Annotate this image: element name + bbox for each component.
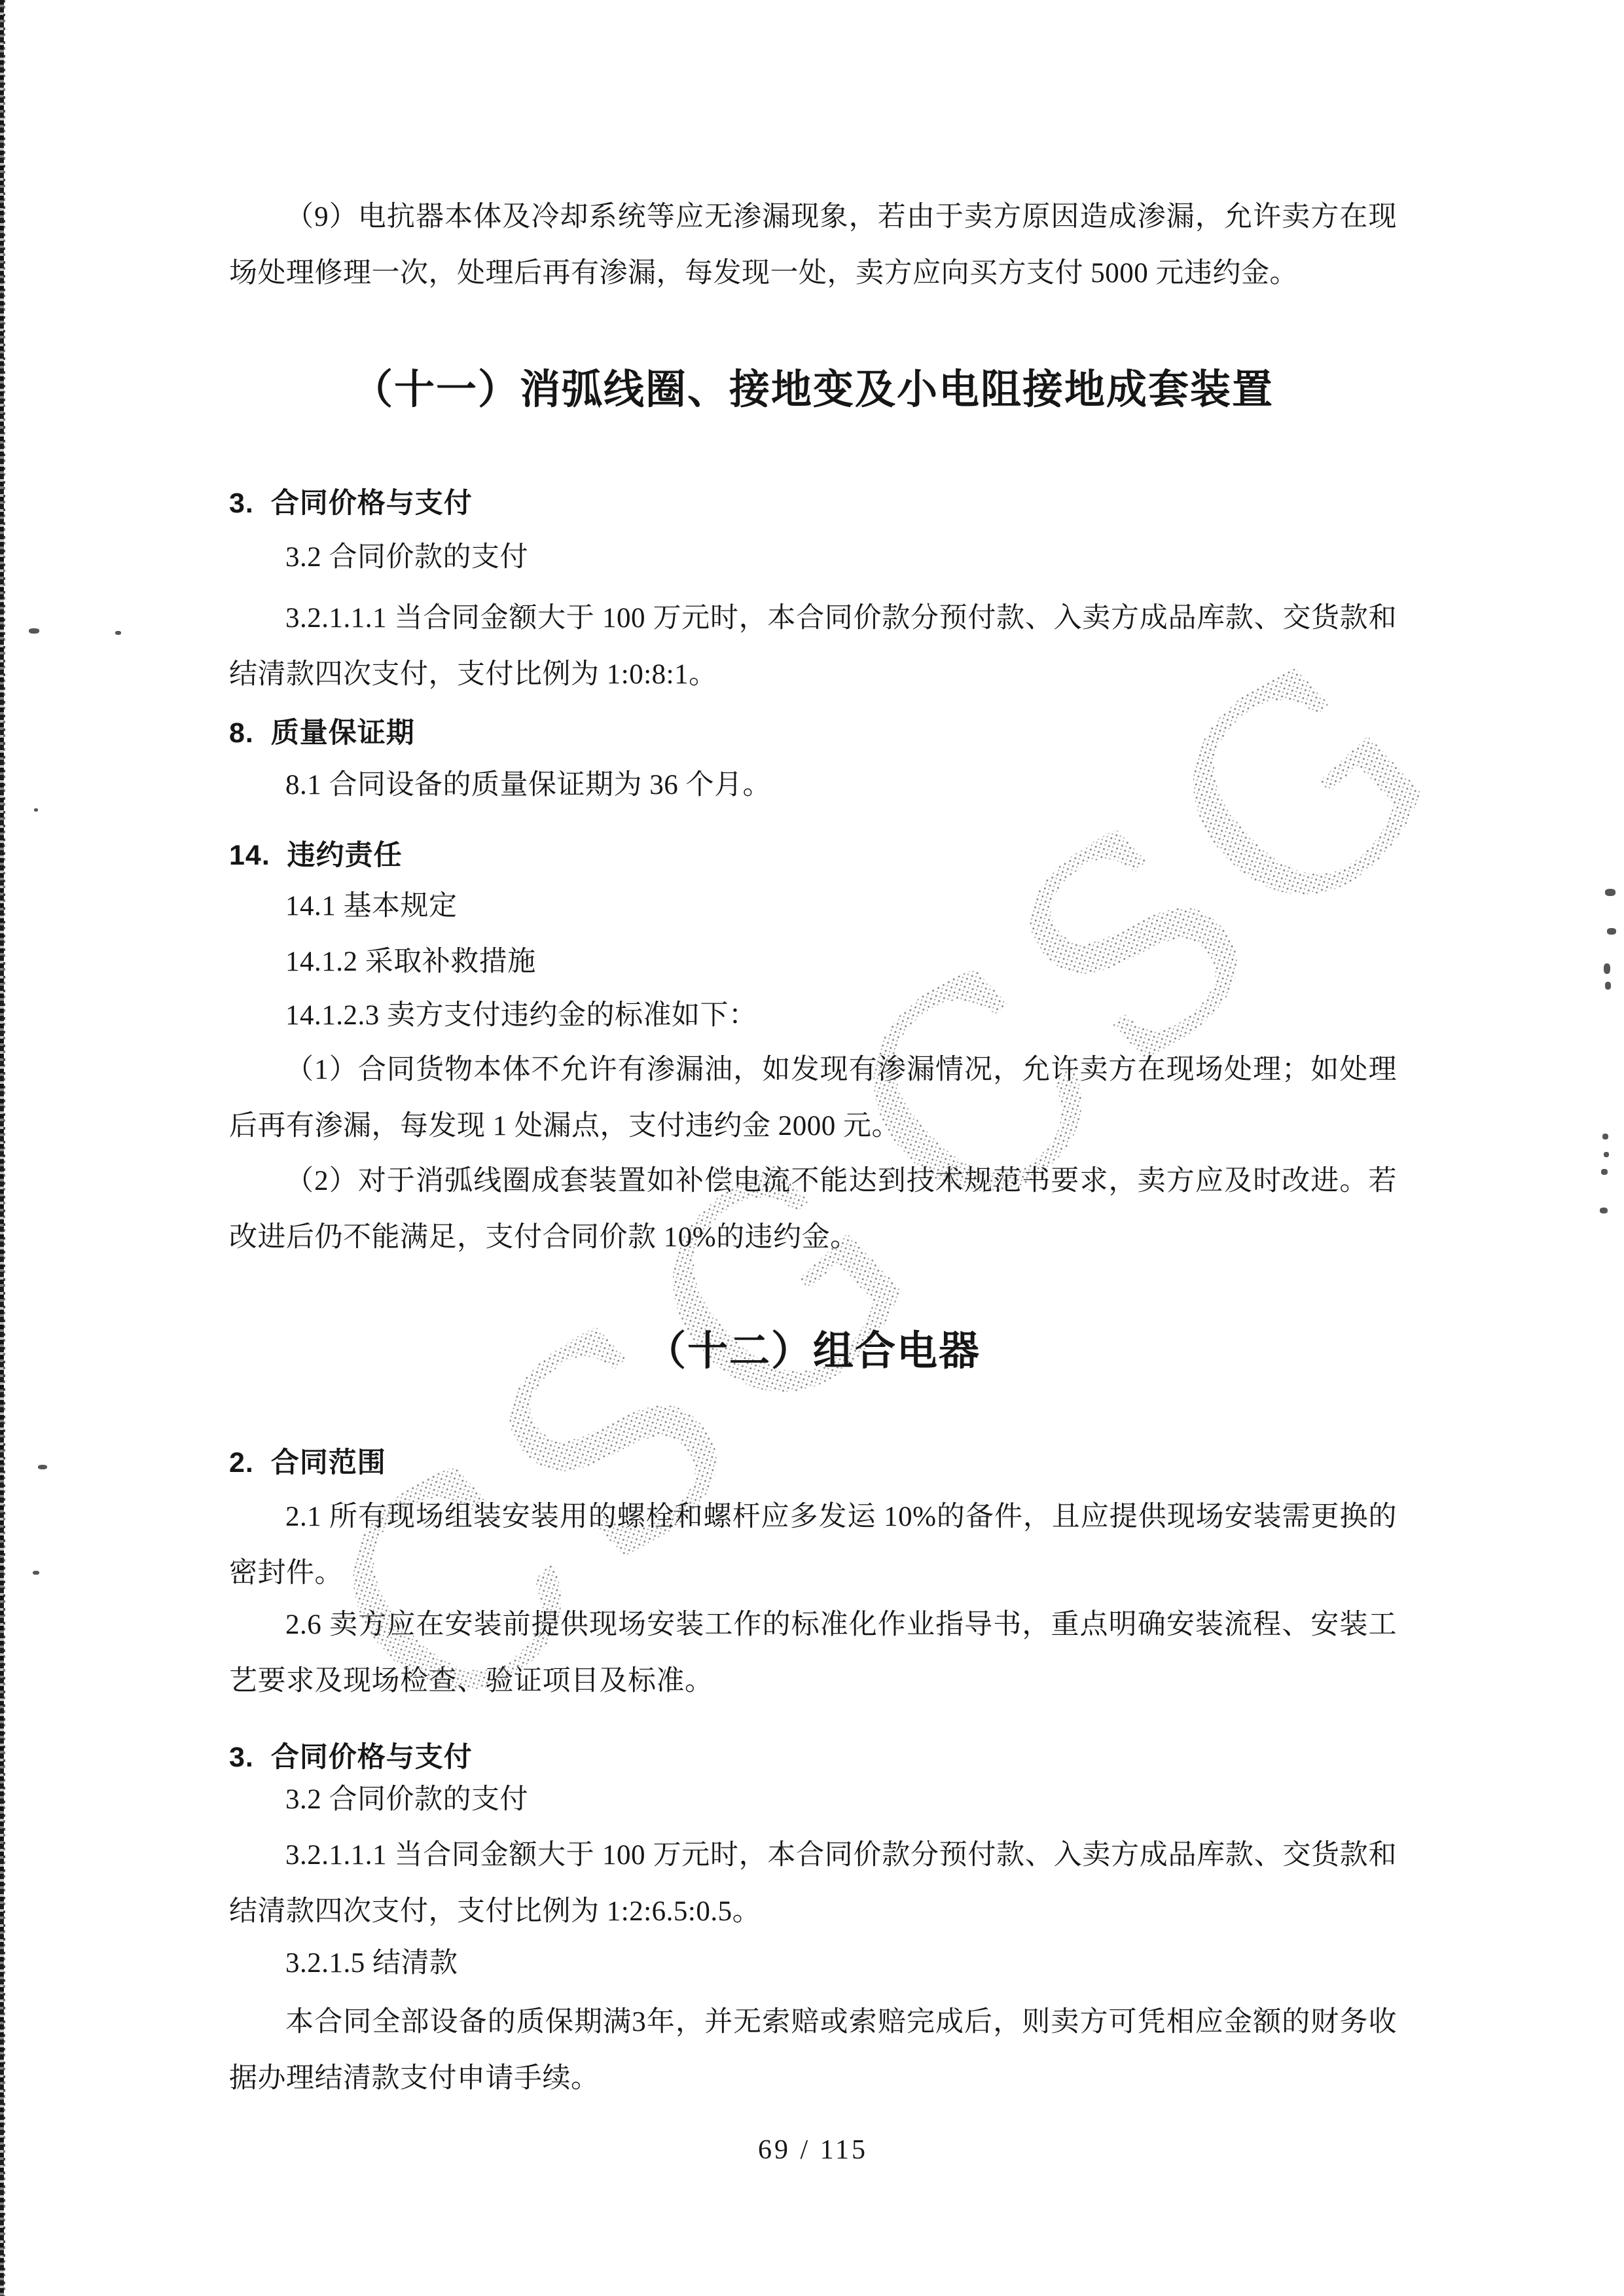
- s11-heading-3-price-payment: 3. 合同价格与支付: [229, 475, 1397, 531]
- s12-clause-2-1: 2.1 所有现场组装安装用的螺栓和螺杆应多发运 10%的备件，且应提供现场安装需…: [229, 1489, 1397, 1602]
- s12-clause-3-2: 3.2 合同价款的支付: [285, 1772, 1397, 1828]
- s12-clause-2-6: 2.6 卖方应在安装前提供现场安装工作的标准化作业指导书，重点明确安装流程、安装…: [229, 1597, 1397, 1710]
- paragraph-reactor-leakage: （9）电抗器本体及冷却系统等应无渗漏现象，若由于卖方原因造成渗漏，允许卖方在现场…: [229, 189, 1397, 302]
- s11-clause-14-1-2-3: 14.1.2.3 卖方支付违约金的标准如下：: [285, 988, 1397, 1044]
- scan-speck: [115, 631, 121, 635]
- s12-final-settlement-paragraph: 本合同全部设备的质保期满3年，并无索赔或索赔完成后，则卖方可凭相应金额的财务收据…: [229, 1994, 1397, 2107]
- s11-heading-14-breach: 14. 违约责任: [229, 827, 1397, 884]
- s11-clause-3-2-1-1-1: 3.2.1.1.1 当合同金额大于 100 万元时，本合同价款分预付款、入卖方成…: [229, 590, 1397, 703]
- section-11-title: （十一）消弧线圈、接地变及小电阻接地成套装置: [229, 364, 1397, 416]
- s11-clause-8-1: 8.1 合同设备的质量保证期为 36 个月。: [285, 757, 1397, 814]
- page-number: 69 / 115: [229, 2122, 1397, 2178]
- scan-speck: [29, 628, 39, 634]
- s11-penalty-item-1: （1）合同货物本体不允许有渗漏油，如发现有渗漏情况，允许卖方在现场处理；如处理后…: [229, 1042, 1397, 1155]
- scan-speck: [1600, 1208, 1608, 1213]
- scan-speck: [1602, 1134, 1608, 1139]
- scan-speck: [1607, 928, 1616, 935]
- scan-speck: [33, 1571, 39, 1575]
- scan-speck: [1601, 1169, 1608, 1175]
- s11-penalty-item-2: （2）对于消弧线圈成套装置如补偿电流不能达到技术规范书要求，卖方应及时改进。若改…: [229, 1153, 1397, 1266]
- scan-speck: [1605, 982, 1611, 990]
- section-12-title: （十二）组合电器: [229, 1325, 1397, 1378]
- scan-speck: [1604, 1152, 1609, 1157]
- s11-clause-14-1-2: 14.1.2 采取补救措施: [285, 934, 1397, 990]
- s11-clause-14-1: 14.1 基本规定: [285, 878, 1397, 935]
- s12-clause-3-2-1-1-1: 3.2.1.1.1 当合同金额大于 100 万元时，本合同价款分预付款、入卖方成…: [229, 1827, 1397, 1940]
- scan-speck: [38, 1465, 47, 1469]
- scanned-contract-page: CSG CSG （9）电抗器本体及冷却系统等应无渗漏现象，若由于卖方原因造成渗漏…: [0, 0, 1624, 2296]
- scan-speck: [34, 808, 38, 812]
- s11-clause-3-2: 3.2 合同价款的支付: [285, 529, 1397, 586]
- s11-heading-8-warranty: 8. 质量保证期: [229, 705, 1397, 761]
- scan-speck: [1605, 889, 1615, 896]
- s12-clause-3-2-1-5: 3.2.1.5 结清款: [285, 1935, 1397, 1992]
- scan-speck: [1604, 963, 1610, 974]
- s12-heading-2-scope: 2. 合同范围: [229, 1435, 1397, 1491]
